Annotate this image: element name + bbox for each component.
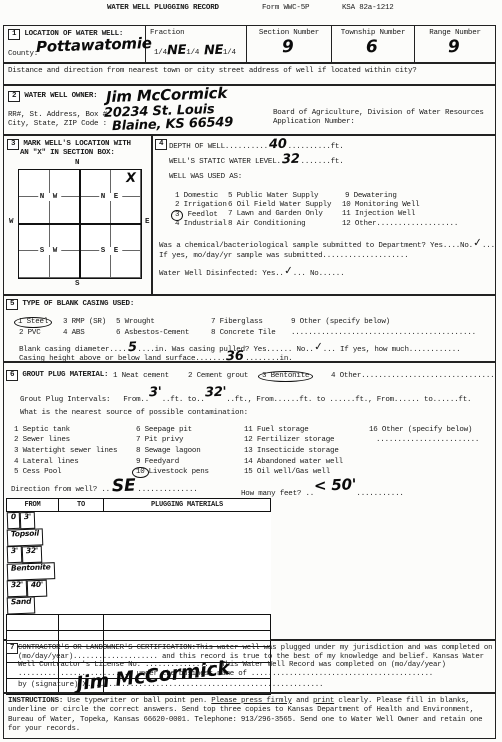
contam-item-13: 13 Insecticide storage — [244, 447, 339, 455]
contam-item-7: 7 Pit privy — [136, 436, 183, 444]
section2-title: WATER WELL OWNER: — [24, 92, 97, 100]
quadrant-label-sw: S W — [38, 247, 62, 255]
casing-item-7: 7 Fiberglass — [211, 318, 263, 326]
feet-value: < 50' — [314, 477, 357, 493]
quadrant-label-se: S E — [99, 247, 123, 255]
used-as-item-12: 12 Other................... — [342, 220, 458, 228]
no-checkmark: ✓ — [314, 347, 323, 348]
grid-cell — [80, 197, 111, 224]
section4-number: 4 — [155, 139, 167, 150]
county-label: County: — [8, 50, 38, 58]
section3-number: 3 — [7, 139, 19, 150]
static-level-value: 32 — [282, 153, 300, 167]
used-as-item-11: 11 Injection Well — [342, 210, 415, 218]
casing-item-1-circled: 1 Steel — [14, 317, 52, 328]
section2-owner-box: 2WATER WELL OWNER: Jim McCormick RR#, St… — [3, 85, 496, 135]
city-value: Blaine, KS 66549 — [112, 116, 234, 133]
instructions-text: INSTRUCTIONS: Use typewriter or ball poi… — [8, 697, 493, 735]
circled-item: 1 Steel — [14, 317, 52, 328]
compass-north: N — [75, 159, 79, 167]
yes-checkmark: ✓ — [284, 271, 293, 272]
table-row — [7, 615, 271, 631]
contam-item-2: 2 Sewer lines — [14, 436, 70, 444]
casing-item-2: 2 PVC — [19, 329, 41, 337]
grid-cell — [50, 197, 81, 224]
casing-item-5: 5 Wrought — [116, 318, 155, 326]
sample-date-line: If yes, mo/day/yr sample was submitted..… — [159, 252, 408, 260]
statute-reference: KSA 82a-1212 — [342, 4, 394, 12]
used-as-item-4: 4 Industrial — [175, 220, 227, 228]
section7-certification-box: 7 CONTRACTOR'S OR LANDOWNER'S CERTIFICAT… — [3, 640, 496, 693]
grout-item-2: 2 Cement grout — [188, 372, 248, 380]
used-as-item-9: 9 Dewatering — [345, 192, 397, 200]
section7-number: 7 — [6, 643, 18, 654]
section5-number: 5 — [6, 299, 18, 310]
interval-to-value: 32' — [204, 386, 226, 400]
contam-item-1: 1 Septic tank — [14, 426, 70, 434]
contam-other-dots: ........................ — [376, 436, 479, 444]
contam-item-11: 11 Fuel storage — [244, 426, 309, 434]
compass-east: E — [145, 218, 149, 226]
fraction-value: 1/4NE1/4 NE1/4 — [154, 44, 236, 57]
grid-center-horizontal-line — [19, 223, 141, 225]
range-number-label: Range Number — [415, 29, 495, 37]
circled-item: 3 Bentonite — [258, 371, 313, 382]
section6-number: 6 — [6, 370, 18, 381]
col-header-to: TO — [59, 499, 104, 512]
instructions-box: INSTRUCTIONS: Use typewriter or ball poi… — [3, 693, 496, 739]
col-header-materials: PLUGGING MATERIALS — [104, 499, 271, 512]
quadrant-label-nw: N W — [38, 193, 62, 201]
used-as-item-1: 1 Domestic — [175, 192, 218, 200]
contam-item-9: 9 Feedyard — [136, 458, 179, 466]
contam-item-5: 5 Cess Pool — [14, 468, 61, 476]
table-row: 3'32'Bentonite — [7, 546, 271, 580]
compass-west: W — [9, 218, 13, 226]
section1-number: 1 — [8, 29, 20, 40]
contamination-question: What is the nearest source of possible c… — [20, 409, 248, 417]
grout-item-3-circled: 3 Bentonite — [258, 371, 313, 382]
contam-item-4: 4 Lateral lines — [14, 458, 79, 466]
table-header-row: FROM TO PLUGGING MATERIALS — [7, 499, 271, 512]
address-label: RR#, St. Address, Box #: — [8, 111, 111, 119]
used-as-item-6: 6 Oil Field Water Supply — [228, 201, 331, 209]
water-well-plugging-record-form: WATER WELL PLUGGING RECORD Form WWC-5P K… — [0, 0, 502, 742]
underlined-press-firmly: Please press firmly — [211, 697, 291, 705]
depth-of-well-line: DEPTH OF WELL..........40..........ft. — [169, 141, 344, 151]
section6-title: GROUT PLUG MATERIAL: — [22, 371, 108, 379]
range-number-value: 9 — [448, 39, 460, 56]
sample-submitted-line: Was a chemical/bacteriological sample su… — [159, 242, 495, 250]
distance-question: Distance and direction from nearest town… — [8, 67, 417, 75]
contam-item-6: 6 Seepage pit — [136, 426, 192, 434]
used-as-label: WELL WAS USED AS: — [169, 173, 242, 181]
contam-item-15: 15 Oil well/Gas well — [244, 468, 330, 476]
township-number-label: Township Number — [332, 29, 414, 37]
casing-item-3: 3 RMP (SR) — [63, 318, 106, 326]
static-water-level-line: WELL'S STATIC WATER LEVEL.32.......ft. — [169, 156, 344, 166]
grout-item-4: 4 Other............................... — [331, 372, 494, 380]
section1-location-box: 1LOCATION OF WATER WELL: County: Pottawa… — [3, 25, 496, 63]
instructions-label: INSTRUCTIONS: — [8, 697, 63, 705]
section3-location-grid-box: 3MARK WELL'S LOCATION WITH AN "X" IN SEC… — [3, 135, 152, 295]
used-as-item-2: 2 Irrigation — [175, 201, 227, 209]
col-header-from: FROM — [7, 499, 59, 512]
section4-well-details-box: 4 DEPTH OF WELL..........40..........ft.… — [152, 135, 496, 295]
contam-item-8: 8 Sewage lagoon — [136, 447, 201, 455]
grid-cell — [111, 251, 142, 278]
casing-item-8: 8 Concrete Tile — [211, 329, 276, 337]
section3-title-line1: MARK WELL'S LOCATION WITH — [23, 140, 131, 148]
table-row: 32'40'Sand — [7, 580, 271, 615]
casing-item-6: 6 Asbestos-Cement — [116, 329, 189, 337]
casing-item-9: 9 Other (specify below) — [291, 318, 390, 326]
grout-intervals-line: Grout Plug Intervals: From..3'..ft. to..… — [20, 391, 471, 404]
quadrant-label-ne: N E — [99, 193, 123, 201]
used-as-item-7: 7 Lawn and Garden Only — [228, 210, 323, 218]
direction-value: SE — [112, 478, 136, 496]
used-as-item-10: 10 Monitoring Well — [342, 201, 419, 209]
contam-item-12: 12 Fertilizer storage — [244, 436, 334, 444]
section6-grout-box: 6GROUT PLUG MATERIAL: 1 Neat cement 2 Ce… — [3, 362, 496, 640]
application-number-label: Application Number: — [273, 118, 355, 126]
grid-cell — [19, 197, 50, 224]
contam-item-10-circled: 10Livestock pens — [132, 467, 209, 478]
township-number-value: 6 — [366, 39, 378, 56]
direction-from-well-line: Direction from well? ..SE.............. — [11, 483, 198, 494]
used-as-item-5: 5 Public Water Supply — [228, 192, 318, 200]
interval-from-value: 3' — [149, 386, 162, 399]
grid-cell — [111, 197, 142, 224]
section2-number: 2 — [8, 91, 20, 102]
city-label: City, State, ZIP Code : — [8, 120, 107, 128]
casing-other-dots: ........................................… — [291, 329, 476, 337]
grid-cell — [19, 251, 50, 278]
form-title: WATER WELL PLUGGING RECORD — [107, 4, 219, 12]
fraction-label: Fraction — [150, 29, 184, 37]
grout-item-1: 1 Neat cement — [113, 372, 169, 380]
well-location-x-mark: X — [126, 172, 136, 185]
how-many-feet-line: How many feet? ..< 50'........... — [241, 483, 404, 498]
table-row: 03'Topsoil — [7, 512, 271, 547]
contam-item-14: 14 Abandoned water well — [244, 458, 343, 466]
depth-value: 40 — [269, 138, 287, 152]
no-checkmark: ✓ — [473, 243, 482, 244]
casing-item-4: 4 ABS — [63, 329, 85, 337]
underlined-print: print — [313, 697, 334, 705]
section-number-label: Section Number — [247, 29, 331, 37]
contam-item-3: 3 Watertight sewer lines — [14, 447, 117, 455]
disinfected-line: Water Well Disinfected: Yes..✓... No....… — [159, 270, 344, 278]
distance-question-box: Distance and direction from nearest town… — [3, 63, 496, 85]
section5-casing-box: 5TYPE OF BLANK CASING USED: 1 Steel 3 RM… — [3, 295, 496, 362]
section3-title-line2: AN "X" IN SECTION BOX: — [20, 149, 115, 157]
form-number: Form WWC-5P — [262, 4, 309, 12]
used-as-item-8: 8 Air Conditioning — [228, 220, 305, 228]
contam-item-16: 16 Other (specify below) — [369, 426, 472, 434]
section5-title: TYPE OF BLANK CASING USED: — [22, 300, 134, 308]
grid-cell — [80, 251, 111, 278]
county-value: Pottawatomie — [36, 36, 152, 55]
agency-label: Board of Agriculture, Division of Water … — [273, 109, 484, 117]
compass-south: S — [75, 280, 79, 288]
section-number-value: 9 — [282, 39, 294, 56]
section-grid: N W N E S W S E X — [18, 169, 142, 279]
grid-cell — [50, 251, 81, 278]
